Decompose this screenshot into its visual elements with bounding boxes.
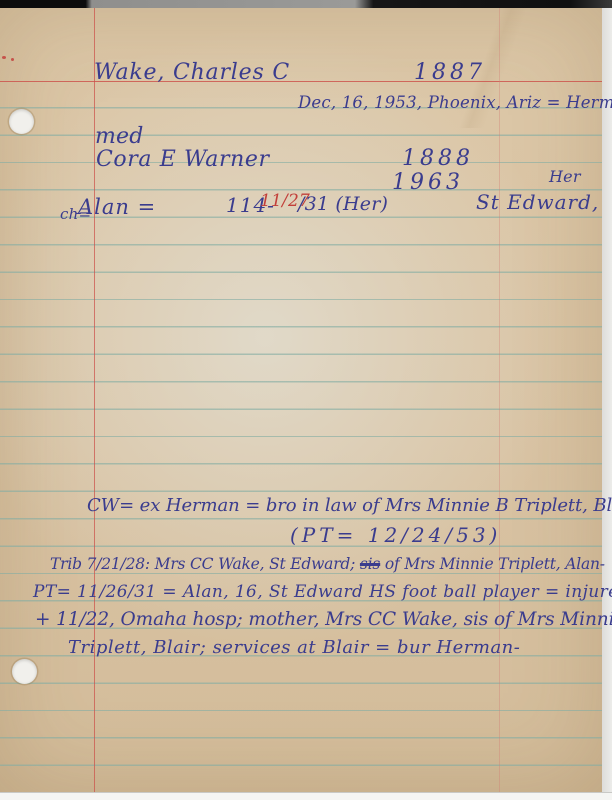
note-line-3-start: Trib 7/21/28: Mrs CC Wake, St Edward; xyxy=(50,555,360,573)
note-line-5: + 11/22, Omaha hosp; mother, Mrs CC Wake… xyxy=(35,611,612,630)
scan-edge-top xyxy=(0,0,612,8)
note-line-1: CW= ex Herman = bro in law of Mrs Minnie… xyxy=(87,497,612,515)
hole-punch-bottom xyxy=(12,659,37,684)
red-ink-speck xyxy=(2,56,6,59)
child-place: St Edward, xyxy=(476,192,599,212)
child-birthdate-rest: /31 (Her) xyxy=(298,195,388,214)
scan-edge-right xyxy=(602,8,612,792)
hole-punch-top xyxy=(9,109,34,134)
child-name: Alan = xyxy=(78,197,156,218)
note-line-2-citation: (PT= 12/24/53) xyxy=(290,525,501,545)
note-line-4: PT= 11/26/31 = Alan, 16, St Edward HS fo… xyxy=(33,584,612,601)
note-line-3-end: of Mrs Minnie Triplett, Alan- xyxy=(380,555,605,573)
right-margin-line xyxy=(499,8,500,792)
scan-edge-bottom xyxy=(0,792,612,800)
entry-death-line: Dec, 16, 1953, Phoenix, Ariz = Herman xyxy=(298,95,612,112)
scanned-document: Wake, Charles C 1887 Dec, 16, 1953, Phoe… xyxy=(0,0,612,800)
red-ink-speck xyxy=(11,58,14,61)
note-line-3: Trib 7/21/28: Mrs CC Wake, St Edward; si… xyxy=(50,557,605,573)
note-line-6: Triplett, Blair; services at Blair = bur… xyxy=(68,639,520,657)
spouse-death-year: 1963 xyxy=(392,172,464,194)
crossed-out-word: sis xyxy=(360,555,380,573)
spouse-death-source: Her xyxy=(549,169,581,185)
spouse-birth-year: 1888 xyxy=(402,148,474,170)
married-label: med xyxy=(95,126,144,148)
entry-name: Wake, Charles C xyxy=(94,62,290,84)
entry-birth-year: 1887 xyxy=(414,62,486,84)
spouse-name: Cora E Warner xyxy=(96,149,270,171)
header-rule-line xyxy=(0,81,602,82)
